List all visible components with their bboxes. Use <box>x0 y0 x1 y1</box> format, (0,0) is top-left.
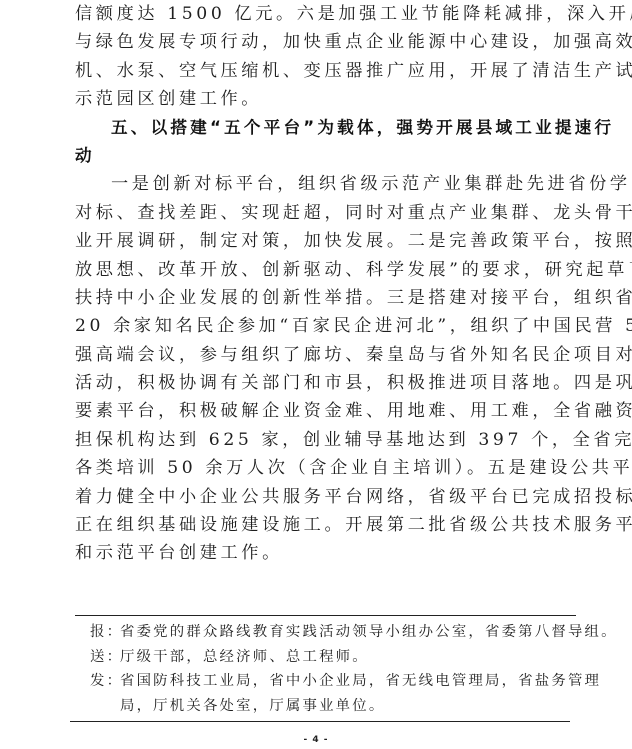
send-to-text: 厅级干部，总经济师、总工程师。 <box>120 645 580 670</box>
issue-to-text: 局，厅机关各处室，厅属事业单位。 <box>120 694 601 719</box>
document-body: 信额度达 1500 亿元。六是加强工业节能降耗减排，深入开展节能 与绿色发展专项… <box>75 0 577 568</box>
body-line: 机、水泵、空气压缩机、变压器推广应用，开展了清洁生产试点 <box>75 57 577 85</box>
send-to-row: 送： 厅级干部，总经济师、总工程师。 <box>90 645 580 670</box>
distribution-bottom-rule <box>70 721 570 722</box>
page-number: - 4 - <box>0 735 632 745</box>
body-line: 与绿色发展专项行动，加快重点企业能源中心建设，加强高效风 <box>75 28 577 56</box>
issue-to-row: 发： 省国防科技工业局，省中小企业局，省无线电管理局，省盐务管理 局，厅机关各处… <box>90 669 580 718</box>
document-page: 信额度达 1500 亿元。六是加强工业节能降耗减排，深入开展节能 与绿色发展专项… <box>0 0 632 749</box>
issue-to-label: 发： <box>90 669 120 718</box>
section-body-line: 对标、查找差距、实现赶超，同时对重点产业集群、龙头骨干企 <box>75 199 577 227</box>
section-body-line: 强高端会议，参与组织了廊坊、秦皇岛与省外知名民企项目对接 <box>75 341 577 369</box>
report-to-label: 报： <box>90 620 120 645</box>
body-line: 信额度达 1500 亿元。六是加强工业节能降耗减排，深入开展节能 <box>75 0 577 28</box>
section-body-line: 和示范平台创建工作。 <box>75 539 577 567</box>
section-body-line: 扶持中小企业发展的创新性举措。三是搭建对接平台，组织省外 <box>75 284 577 312</box>
distribution-block: 报： 省委党的群众路线教育实践活动领导小组办公室，省委第八督导组。 送： 厅级干… <box>90 620 580 718</box>
report-to-text: 省委党的群众路线教育实践活动领导小组办公室，省委第八督导组。 <box>120 620 618 645</box>
section-body-line: 要素平台，积极破解企业资金难、用地难、用工难，全省融资性 <box>75 397 577 425</box>
section-body-line: 担保机构达到 625 家，创业辅导基地达到 397 个，全省完成各级 <box>75 426 577 454</box>
section-body-line: 着力健全中小企业公共服务平台网络，省级平台已完成招投标， <box>75 483 577 511</box>
section-body-line: 正在组织基础设施建设施工。开展第二批省级公共技术服务平台 <box>75 511 577 539</box>
section-body-line: 业开展调研，制定对策，加快发展。二是完善政策平台，按照“解 <box>75 227 577 255</box>
send-to-label: 送： <box>90 645 120 670</box>
issue-to-text: 省国防科技工业局，省中小企业局，省无线电管理局，省盐务管理 <box>120 669 601 694</box>
section-body-line: 20 余家知名民企参加“百家民企进河北”，组织了中国民营 500 <box>75 312 577 340</box>
distribution-top-rule <box>75 615 576 616</box>
section-heading-line-2: 动 <box>75 142 577 170</box>
section-body-line: 活动，积极协调有关部门和市县，积极推进项目落地。四是巩固 <box>75 369 577 397</box>
section-body-line: 放思想、改革开放、创新驱动、科学发展”的要求，研究起草了 <box>75 256 577 284</box>
body-line: 示范园区创建工作。 <box>75 85 577 113</box>
section-heading-line-1: 五、以搭建“五个平台”为载体，强势开展县域工业提速行 <box>75 114 577 142</box>
section-body-line: 各类培训 50 余万人次（含企业自主培训）。五是建设公共平台， <box>75 454 577 482</box>
report-to-row: 报： 省委党的群众路线教育实践活动领导小组办公室，省委第八督导组。 <box>90 620 580 645</box>
section-body-line: 一是创新对标平台，组织省级示范产业集群赴先进省份学习 <box>75 170 577 198</box>
